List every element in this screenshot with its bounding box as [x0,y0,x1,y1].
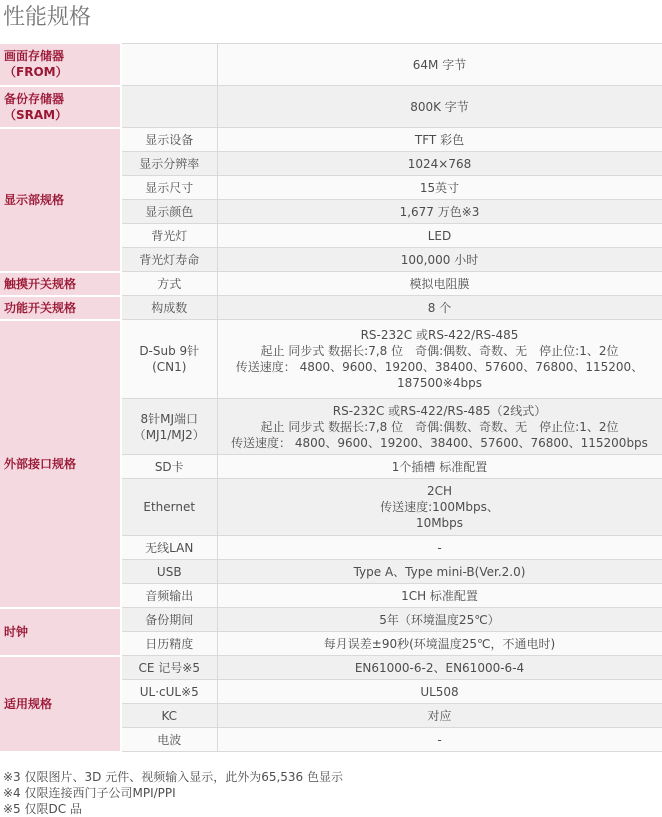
spec-value-cell: 15英寸 [217,176,662,200]
spec-value-cell: 对应 [217,704,662,728]
spec-label-cell: 显示分辨率 [121,152,217,176]
page-title: 性能规格 [3,5,662,31]
footnotes: ※3 仅限图片、3D 元件、视频输入显示，此外为65,536 色显示 ※4 仅限… [3,769,662,817]
spec-value-cell: RS-232C 或RS-422/RS-485（2线式） 起止 同步式 数据长:7… [217,399,662,455]
spec-label-cell: D-Sub 9针 (CN1) [121,320,217,399]
table-row: 触摸开关规格 方式 模拟电阻膜 [0,272,662,296]
spec-value-cell: EN61000-6-2、EN61000-6-4 [217,656,662,680]
spec-value-cell: LED [217,224,662,248]
category-cell-touch-switch: 触摸开关规格 [0,272,121,296]
footnote-line: ※3 仅限图片、3D 元件、视频输入显示，此外为65,536 色显示 [3,769,662,785]
spec-label-cell: 背光灯 [121,224,217,248]
spec-value-cell: RS-232C 或RS-422/RS-485 起止 同步式 数据长:7,8 位 … [217,320,662,399]
spec-value-cell: 每月误差±90秒(环境温度25℃，不通电时) [217,632,662,656]
spec-label-cell: USB [121,560,217,584]
spec-value-cell: - [217,728,662,752]
spec-value-cell: 1,677 万色※3 [217,200,662,224]
spec-label-cell: 电波 [121,728,217,752]
spec-value-cell: 5年（环境温度25℃） [217,608,662,632]
spec-label-cell: 构成数 [121,296,217,320]
spec-label-cell: 背光灯寿命 [121,248,217,272]
spec-value-cell: 8 个 [217,296,662,320]
spec-table: 画面存储器 （FROM） 64M 字节 备份存储器 （SRAM） 800K 字节… [0,43,662,753]
spec-label-cell: UL·cUL※5 [121,680,217,704]
spec-value-cell: 2CH 传送速度:100Mbps、 10Mbps [217,479,662,536]
spec-label-cell [121,44,217,86]
category-cell-from: 画面存储器 （FROM） [0,44,121,86]
spec-label-cell: 备份期间 [121,608,217,632]
spec-value-cell: Type A、Type mini-B(Ver.2.0) [217,560,662,584]
category-cell-function-switch: 功能开关规格 [0,296,121,320]
spec-label-cell: Ethernet [121,479,217,536]
spec-label-cell: 显示尺寸 [121,176,217,200]
spec-label-cell [121,86,217,128]
spec-value-cell: 1个插槽 标准配置 [217,455,662,479]
spec-value-cell: 64M 字节 [217,44,662,86]
spec-value-cell: UL508 [217,680,662,704]
spec-value-cell: 1024×768 [217,152,662,176]
spec-value-cell: 800K 字节 [217,86,662,128]
spec-value-cell: TFT 彩色 [217,128,662,152]
spec-label-cell: 音频输出 [121,584,217,608]
category-cell-external-interface: 外部接口规格 [0,320,121,608]
spec-label-cell: KC [121,704,217,728]
category-cell-sram: 备份存储器 （SRAM） [0,86,121,128]
spec-label-cell: 无线LAN [121,536,217,560]
spec-label-cell: 显示颜色 [121,200,217,224]
footnote-line: ※4 仅限连接西门子公司MPI/PPI [3,785,662,801]
table-row: 外部接口规格 D-Sub 9针 (CN1) RS-232C 或RS-422/RS… [0,320,662,399]
spec-label-cell: CE 记号※5 [121,656,217,680]
table-row: 显示部规格 显示设备 TFT 彩色 [0,128,662,152]
table-row: 备份存储器 （SRAM） 800K 字节 [0,86,662,128]
category-cell-display: 显示部规格 [0,128,121,272]
spec-label-cell: 方式 [121,272,217,296]
spec-value-cell: 100,000 小时 [217,248,662,272]
table-row: 功能开关规格 构成数 8 个 [0,296,662,320]
spec-value-cell: 模拟电阻膜 [217,272,662,296]
category-cell-clock: 时钟 [0,608,121,656]
spec-label-cell: 日历精度 [121,632,217,656]
spec-value-cell: - [217,536,662,560]
spec-label-cell: SD卡 [121,455,217,479]
spec-value-cell: 1CH 标准配置 [217,584,662,608]
table-row: 时钟 备份期间 5年（环境温度25℃） [0,608,662,632]
footnote-line: ※5 仅限DC 品 [3,801,662,817]
spec-label-cell: 8针MJ端口 （MJ1/MJ2） [121,399,217,455]
table-row: 适用规格 CE 记号※5 EN61000-6-2、EN61000-6-4 [0,656,662,680]
category-cell-applicable-standards: 适用规格 [0,656,121,752]
spec-label-cell: 显示设备 [121,128,217,152]
table-row: 画面存储器 （FROM） 64M 字节 [0,44,662,86]
